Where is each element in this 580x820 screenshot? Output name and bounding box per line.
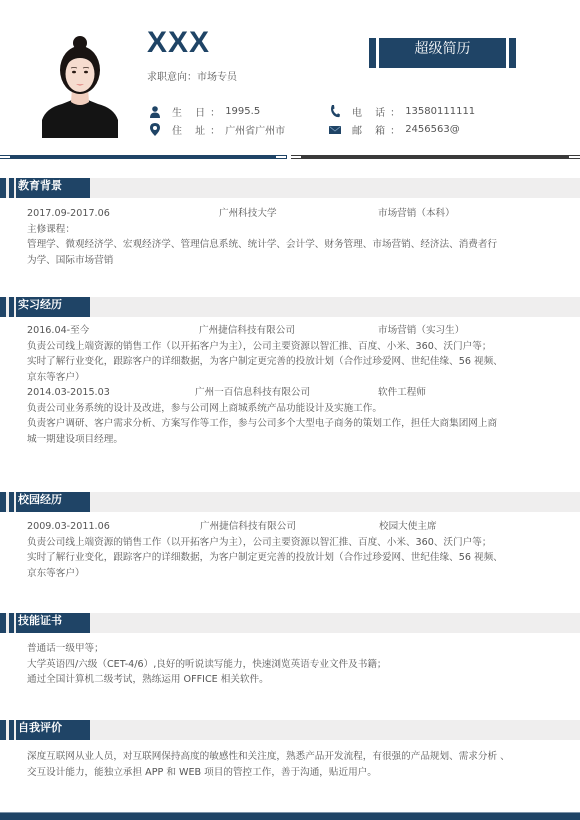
address-label: 住 址： [172, 122, 225, 137]
email-value: 2456563@ [405, 124, 460, 135]
phone-value: 13580111111 [405, 106, 475, 117]
skill-line: 大学英语四/六级（CET-4/6）,良好的听说读写能力，快速浏览英语专业文件及书… [27, 657, 547, 673]
footer-bar [0, 812, 580, 820]
info-birthday: 生 日： 1995.5 [148, 104, 260, 119]
phone-icon [328, 105, 342, 119]
title-right-bar [509, 38, 516, 68]
self-eval-line: 深度互联网从业人员，对互联网保持高度的敏感性和关注度，熟悉产品开发流程，有很强的… [27, 749, 547, 765]
entry-period: 2014.03-2015.03 [27, 385, 110, 401]
section-body-skills: 普通话一级甲等； 大学英语四/六级（CET-4/6）,良好的听说读写能力，快速浏… [27, 641, 547, 688]
internship-entry: 2014.03-2015.03 广州一百信息科技有限公司 软件工程师 [27, 385, 547, 401]
entry-line: 实时了解行业变化，跟踪客户的详细数据，为客户制定更完善的投放计划（合作过珍爱网、… [27, 550, 547, 566]
birthday-label: 生 日： [172, 104, 225, 119]
email-label: 邮 箱： [352, 122, 405, 137]
entry-role: 市场营销（实习生） [378, 323, 464, 339]
internship-entry: 2016.04-至今 广州捷信科技有限公司 市场营销（实习生） [27, 323, 547, 339]
entry-role: 软件工程师 [378, 385, 426, 401]
title-left-bar [369, 38, 376, 68]
entry-role: 市场营销（本科） [378, 206, 455, 222]
entry-org: 广州捷信科技有限公司 [200, 519, 296, 535]
section-header-internship: 实习经历 [0, 297, 580, 317]
entry-line: 京东等客户） [27, 370, 547, 386]
skill-line: 普通话一级甲等； [27, 641, 547, 657]
self-eval-line: 交互设计能力，能独立承担 APP 和 WEB 项目的管控工作，善于沟通，贴近用户… [27, 765, 547, 781]
info-address: 住 址： 广州省广州市 [148, 122, 285, 137]
entry-line: 京东等客户） [27, 566, 547, 582]
candidate-name: XXX [147, 28, 210, 58]
entry-line: 负责客户调研、客户需求分析、方案写作等工作，参与公司多个大型电子商务的策划工作，… [27, 416, 547, 432]
profile-photo [42, 28, 118, 138]
entry-line: 城一期建设项目经理。 [27, 432, 547, 448]
address-value: 广州省广州市 [225, 122, 285, 137]
section-title: 教育背景 [16, 178, 90, 198]
education-entry: 2017.09-2017.06 广州科技大学 市场营销（本科） [27, 206, 547, 222]
location-pin-icon [148, 123, 162, 137]
entry-org: 广州科技大学 [219, 206, 277, 222]
section-header-education: 教育背景 [0, 178, 580, 198]
skill-line: 通过全国计算机二级考试，熟练运用 OFFICE 相关软件。 [27, 672, 547, 688]
birthday-value: 1995.5 [225, 106, 260, 117]
section-header-self-eval: 自我评价 [0, 720, 580, 740]
courses-line: 管理学、微观经济学、宏观经济学、管理信息系统、统计学、会计学、财务管理、市场营销… [27, 237, 547, 253]
header-divider-left [0, 155, 287, 159]
phone-label: 电 话： [352, 104, 405, 119]
person-icon [148, 105, 162, 119]
entry-line: 负责公司业务系统的设计及改进，参与公司网上商城系统产品功能设计及实施工作。 [27, 401, 547, 417]
resume-title: 超级简历 [379, 38, 506, 68]
section-body-education: 2017.09-2017.06 广州科技大学 市场营销（本科） 主修课程： 管理… [27, 206, 547, 268]
section-title: 校园经历 [16, 492, 90, 512]
section-body-self-eval: 深度互联网从业人员，对互联网保持高度的敏感性和关注度，熟悉产品开发流程，有很强的… [27, 749, 547, 780]
section-body-internship: 2016.04-至今 广州捷信科技有限公司 市场营销（实习生） 负责公司线上端资… [27, 323, 547, 447]
section-body-campus: 2009.03-2011.06 广州捷信科技有限公司 校园大使主席 负责公司线上… [27, 519, 547, 581]
section-title: 自我评价 [16, 720, 90, 740]
job-intent: 求职意向：市场专员 [147, 68, 237, 83]
entry-line: 负责公司线上端资源的销售工作（以开拓客户为主），公司主要资源以智汇推、百度、小米… [27, 339, 547, 355]
section-title: 实习经历 [16, 297, 90, 317]
entry-line: 负责公司线上端资源的销售工作（以开拓客户为主），公司主要资源以智汇推、百度、小米… [27, 535, 547, 551]
entry-org: 广州捷信科技有限公司 [199, 323, 295, 339]
entry-period: 2009.03-2011.06 [27, 519, 110, 535]
courses-label: 主修课程： [27, 222, 547, 238]
envelope-icon [328, 123, 342, 137]
section-header-campus: 校园经历 [0, 492, 580, 512]
campus-entry: 2009.03-2011.06 广州捷信科技有限公司 校园大使主席 [27, 519, 547, 535]
header-divider-right [291, 155, 580, 159]
info-phone: 电 话： 13580111111 [328, 104, 475, 119]
entry-org: 广州一百信息科技有限公司 [195, 385, 310, 401]
resume-title-badge: 超级简历 [369, 38, 512, 68]
entry-period: 2017.09-2017.06 [27, 206, 110, 222]
courses-line: 为学、国际市场营销 [27, 253, 547, 269]
entry-line: 实时了解行业变化，跟踪客户的详细数据，为客户制定更完善的投放计划（合作过珍爱网、… [27, 354, 547, 370]
entry-period: 2016.04-至今 [27, 323, 89, 339]
info-email: 邮 箱： 2456563@ [328, 122, 460, 137]
section-header-skills: 技能证书 [0, 613, 580, 633]
section-title: 技能证书 [16, 613, 90, 633]
entry-role: 校园大使主席 [379, 519, 437, 535]
